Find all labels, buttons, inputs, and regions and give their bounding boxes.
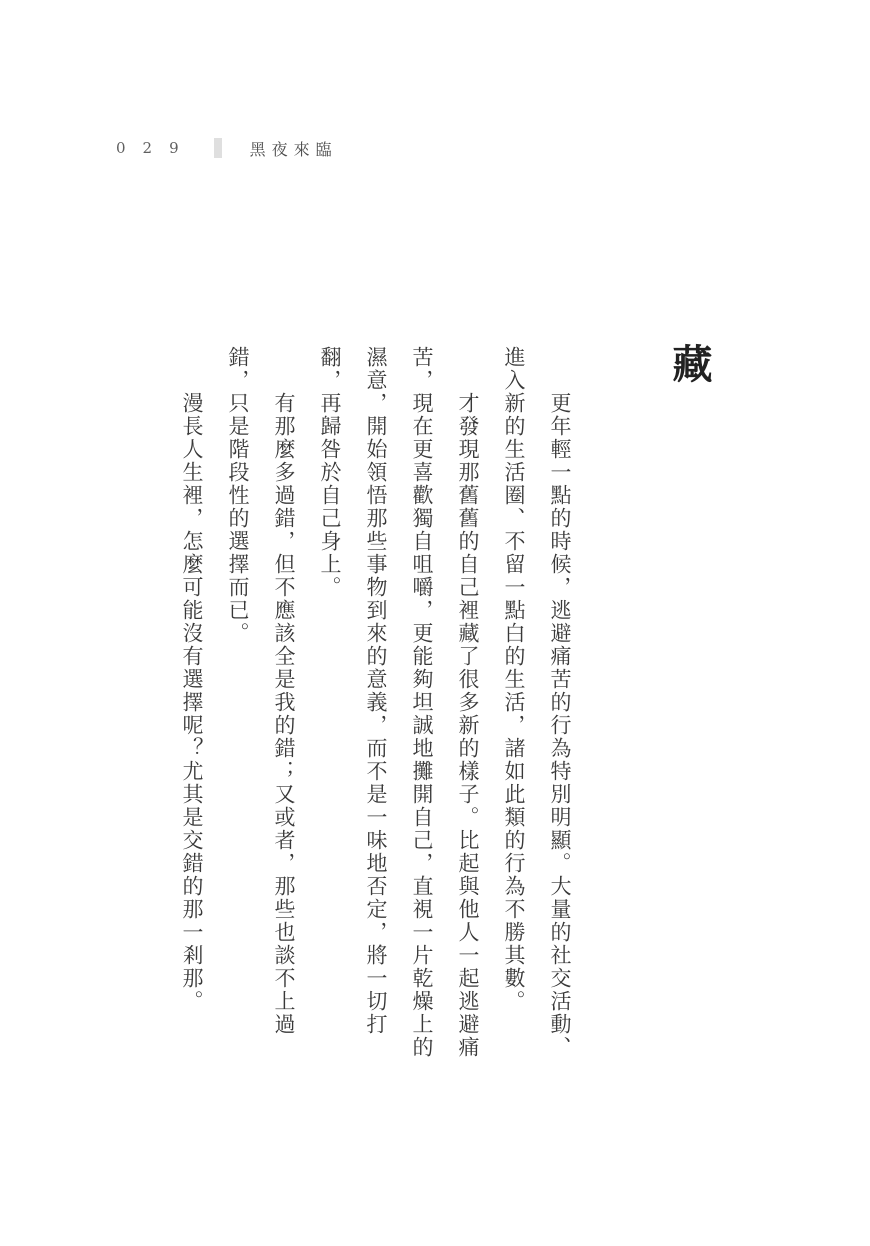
paragraph-3: 有那麼多過錯，但不應該全是我的錯；又或者，那些也談不上過錯，只是階段性的選擇而已…: [215, 346, 307, 1061]
page-number: 029: [116, 139, 196, 157]
running-header: 029 黑夜來臨: [116, 136, 338, 160]
paragraph-4: 漫長人生裡，怎麼可能沒有選擇呢？尤其是交錯的那一剎那。: [169, 346, 215, 1061]
book-title: 黑夜來臨: [250, 137, 338, 160]
body-text: 更年輕一點的時候，逃避痛苦的行為特別明顯。大量的社交活動、進入新的生活圈、不留一…: [169, 346, 583, 1061]
paragraph-1: 更年輕一點的時候，逃避痛苦的行為特別明顯。大量的社交活動、進入新的生活圈、不留一…: [491, 346, 583, 1061]
paragraph-2: 才發現那舊舊的自己裡藏了很多新的樣子。比起與他人一起逃避痛苦，現在更喜歡獨自咀嚼…: [307, 346, 491, 1061]
header-separator-bar: [214, 138, 222, 158]
chapter-title: 藏: [664, 343, 714, 383]
book-page: 029 黑夜來臨 藏 更年輕一點的時候，逃避痛苦的行為特別明顯。大量的社交活動、…: [0, 0, 870, 1246]
